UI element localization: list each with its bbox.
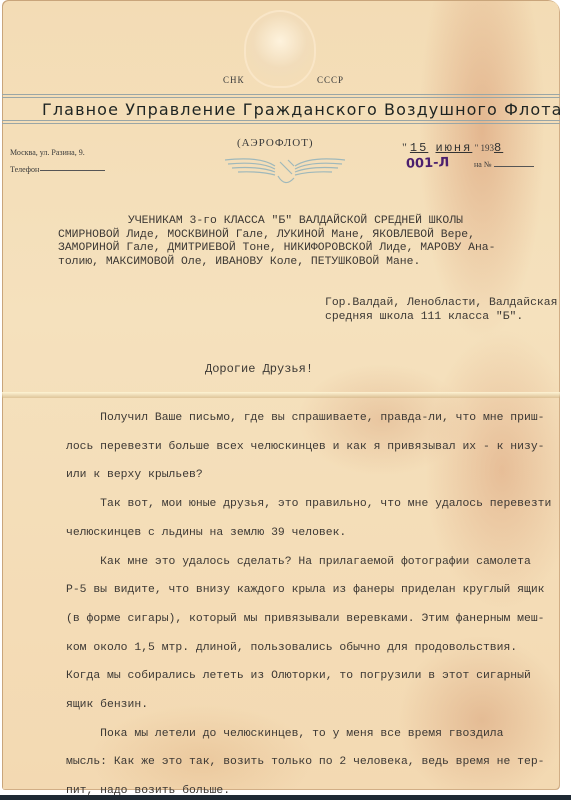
phone-field: Телефон [10,165,105,174]
body-line: ящик бензин. [66,691,556,720]
letter-date: " 15 июня " 1938 [402,140,503,155]
scan-bottom-edge [0,795,571,800]
body-line: Как мне это удалось сделать? На прилагае… [66,548,556,577]
ref-number-blank-line [494,166,534,167]
aeroflot-wings-icon [220,150,350,190]
addressee-line: толию, МАКСИМОВОЙ Оле, ИВАНОВУ Коле, ПЕТ… [58,256,495,270]
office-address: Москва, ул. Разина, 9. [10,148,85,157]
letter-body: Получил Ваше письмо, где вы спрашиваете,… [66,404,556,800]
body-line: лось перевезти больше всех челюскинцев и… [66,433,556,462]
ref-number-field: на № [474,160,534,169]
header-rule-bottom [2,120,560,121]
body-line: или к верху крыльев? [66,461,556,490]
greeting: Дорогие Друзья! [205,362,313,376]
sssr-label: СССР [317,75,344,85]
addressee-line: СМИРНОВОЙ Лиде, МОСКВИНОЙ Гале, ЛУКИНОЙ … [58,229,495,243]
organization-title: Главное Управление Гражданского Воздушно… [42,100,563,119]
header-rule-top [2,94,560,95]
letter-page: СНК СССР Главное Управление Гражданского… [2,0,560,790]
body-line: мысль: Как же это так, возить только по … [66,748,556,777]
date-day: 15 [410,141,428,155]
snk-label: СНК [223,75,245,85]
body-line: ком около 1,5 мтр. длиной, пользовались … [66,634,556,663]
phone-blank-line [40,170,105,171]
body-line: Р-5 вы видите, что внизу каждого крыла и… [66,576,556,605]
date-year-suffix: 8 [494,141,503,155]
addressee-line: ЗАМОРИНОЙ Гале, ДМИТРИЕВОЙ Тоне, НИКИФОР… [58,242,495,256]
school-line: Гор.Валдай, Ленобласти, Валдайская [325,297,557,311]
reference-number-stamp: 001-Л [406,155,450,172]
coat-of-arms-icon [244,10,316,88]
body-line: Получил Ваше письмо, где вы спрашиваете,… [66,404,556,433]
addressee-block: УЧЕНИКАМ 3-го КЛАССА "Б" ВАЛДАЙСКОЙ СРЕД… [88,215,495,269]
ref-number-label: на № [474,160,491,169]
addressee-line: УЧЕНИКАМ 3-го КЛАССА "Б" ВАЛДАЙСКОЙ СРЕД… [88,215,495,229]
aeroflot-subtitle: (АЭРОФЛОТ) [237,137,314,149]
school-address-block: Гор.Валдай, Ленобласти, Валдайскаясредня… [325,297,557,324]
phone-label: Телефон [10,165,39,174]
body-line: челюскинцев с льдины на землю 39 человек… [66,519,556,548]
body-line: Так вот, мои юные друзья, это правильно,… [66,490,556,519]
body-line: Когда мы собирались лететь из Олюторки, … [66,662,556,691]
school-line: средняя школа 111 класса "Б". [325,311,557,325]
date-year-prefix: 193 [481,143,495,153]
date-month: июня [436,141,473,155]
body-line: Пока мы летели до челюскинцев, то у меня… [66,720,556,749]
paper-fold-crease [2,392,560,398]
body-line: (в форме сигары), который мы привязывали… [66,605,556,634]
header-rule-bottom-2 [2,123,560,124]
header-rule-top-2 [2,97,560,98]
